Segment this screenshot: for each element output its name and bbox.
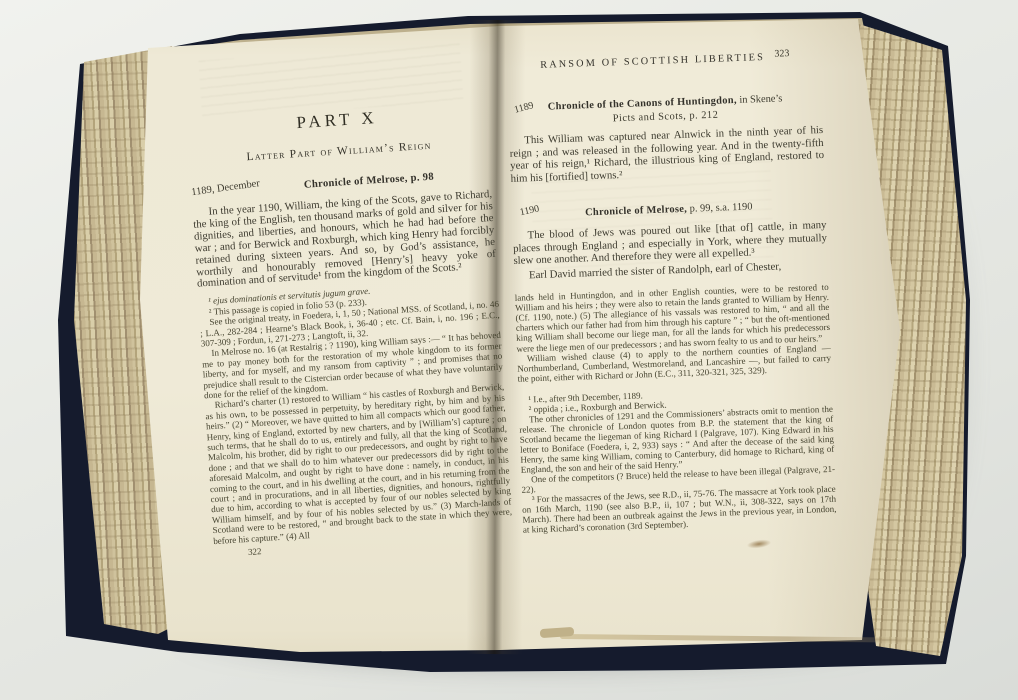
right-footnote-3: The other chronicles of 1291 and the Com… bbox=[519, 404, 835, 475]
continuation-note-1: lands held in Huntingdon, and in other E… bbox=[515, 282, 831, 354]
running-header: RANSOM OF SCOTTISH LIBERTIES bbox=[540, 52, 765, 71]
section2-heading-row: 1190 Chronicle of Melrose, p. 99, s.a. 1… bbox=[512, 194, 826, 223]
left-body-paragraph: In the year 1190, William, the king of t… bbox=[192, 189, 497, 291]
right-page-number: 323 bbox=[774, 48, 789, 60]
section2-heading-bold: Chronicle of Melrose, bbox=[585, 204, 687, 219]
right-header-row: RANSOM OF SCOTTISH LIBERTIES 323 bbox=[506, 46, 798, 74]
section1-margin-date: 1189 bbox=[513, 100, 535, 116]
section1-heading-rest: in Skene’s bbox=[737, 93, 783, 106]
part-heading: PART X bbox=[187, 101, 488, 140]
section1-body: This William was captured near Alnwick i… bbox=[509, 124, 825, 186]
left-footnote-5: Richard’s charter (1) restored to Willia… bbox=[204, 382, 513, 546]
section2-heading-rest: p. 99, s.a. 1190 bbox=[687, 201, 753, 214]
left-page-text: PART X Latter Part of William’s Reign 11… bbox=[186, 89, 514, 559]
part-subheading: Latter Part of William’s Reign bbox=[189, 136, 489, 167]
book-photo: PART X Latter Part of William’s Reign 11… bbox=[0, 0, 1018, 700]
left-source-heading: Chronicle of Melrose, p. 98 bbox=[248, 172, 434, 195]
section1-heading-row: 1189 Chronicle of the Canons of Huntingd… bbox=[508, 87, 823, 128]
right-page-text: RANSOM OF SCOTTISH LIBERTIES 323 1189 Ch… bbox=[506, 35, 837, 535]
section2-margin-date: 1190 bbox=[519, 203, 540, 218]
left-margin-date: 1189, December bbox=[191, 178, 261, 198]
